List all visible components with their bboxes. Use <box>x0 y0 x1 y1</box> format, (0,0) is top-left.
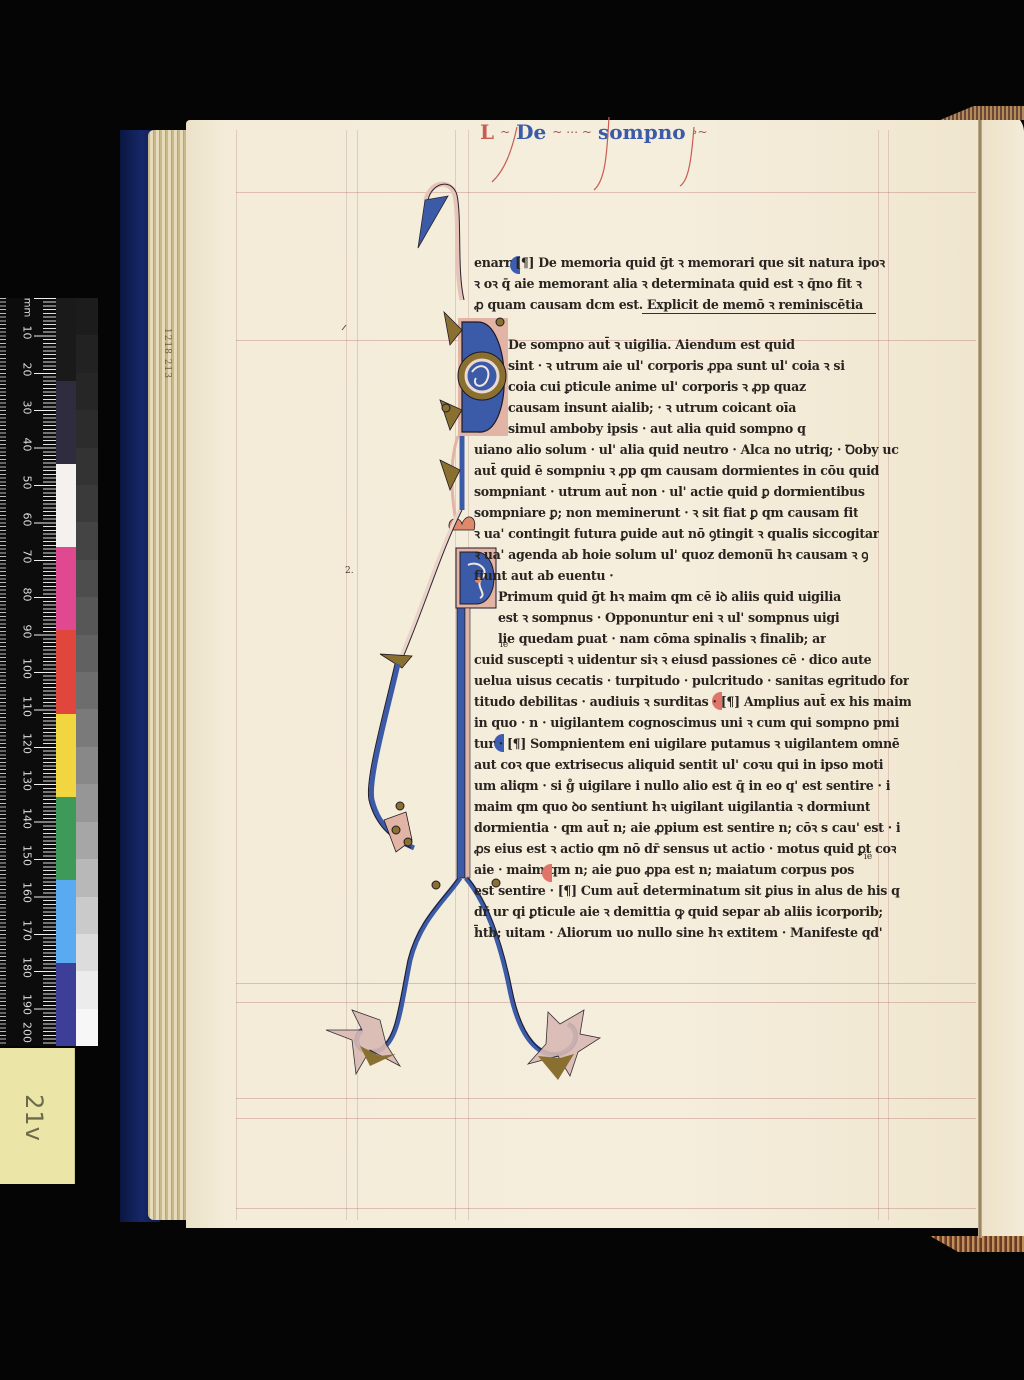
text-line: uelua uisus cecatis · turpitudo · pulcri… <box>474 670 909 691</box>
text-line: enarr [¶] De memoria quid ḡt ꝛ memorari … <box>474 252 885 273</box>
text-line: dormientia · qm aut̄ n; aie ꝓpium est se… <box>474 817 900 838</box>
text-line: uiano alio solum · ul' alia quid neutro … <box>474 439 899 460</box>
text-line: ꝛ ua' agenda ab hoie solum ul' quoz demo… <box>474 544 868 565</box>
explicit-underline <box>642 313 876 314</box>
text-line: cuid suscepti ꝛ uidentur siꝛ ꝛ eiusd pas… <box>474 649 871 670</box>
text-line: in quo · n · uigilantem cognoscimus uni … <box>474 712 899 733</box>
text-line: tur · [¶] Sompnientem eni uigilare putam… <box>474 733 900 754</box>
text-line: sompniant · utrum aut̄ non · ul' actie q… <box>474 481 865 502</box>
text-line: ꝓ quam causam dcm est. Explicit de memō … <box>474 294 863 315</box>
text-line: fiunt aut ab euentu · <box>474 565 613 586</box>
text-line: ꝓs eius est ꝛ actio qm nō dr̄ sensus ut … <box>474 838 896 859</box>
interlinear-gloss: ie <box>500 640 508 650</box>
text-line: h̄tb; uitam · Aliorum uo nullo sine hꝛ e… <box>474 922 882 943</box>
text-line: Primum quid ḡt hꝛ maim qm cē iꝺ aliis qu… <box>498 586 841 607</box>
text-line: aut coꝛ que extrisecus aliquid sentit ul… <box>474 754 883 775</box>
text-line: aie · maim qm n; aie ꝑuo ꝓpa est n; maia… <box>474 859 854 880</box>
text-line: simul amboby ipsis · aut alia quid sompn… <box>508 418 806 439</box>
text-line: maim qm quo ꝺo sentiunt hꝛ uigilant uigi… <box>474 796 870 817</box>
text-line: est ꝛ sompnus · Opponuntur eni ꝛ ul' som… <box>498 607 839 628</box>
text-line: sompniare ꝑ; non meminerunt · ꝛ sit fiat… <box>474 502 858 523</box>
text-line: lie quedam ꝑuat · nam cōma spinalis ꝛ fi… <box>498 628 826 649</box>
text-line: ꝛ oꝛ q̄ aie memorant alia ꝛ determinata … <box>474 273 862 294</box>
text-line: est sentire · [¶] Cum aut̄ determinatum … <box>474 880 900 901</box>
interlinear-gloss: ie <box>864 852 872 862</box>
text-line: sint · ꝛ utrum aie ul' corporis ꝓpa sunt… <box>508 355 845 376</box>
marginal-mark: 2. <box>345 566 354 576</box>
text-line: aut̄ quid ē sompniu ꝛ ꝓp qm causam dormi… <box>474 460 879 481</box>
text-line: De sompno aut̄ ꝛ uigilia. Aiendum est qu… <box>508 334 795 355</box>
text-line: coia cui ꝑticule anime ul' corporis ꝛ ꝓp… <box>508 376 806 397</box>
text-line: titudo debilitas · audiuis ꝛ surditas · … <box>474 691 911 712</box>
text-line: dr̄ ur qi ꝑticule aie ꝛ demittia ꝙ quid … <box>474 901 883 922</box>
text-line: ꝛ ua' contingit futura ꝑuide aut nō ꝯtin… <box>474 523 879 544</box>
text-line: causam insunt aialib; · ꝛ utrum coicant … <box>508 397 796 418</box>
text-line: um aliqm · si g̊ uigilare i nullo alio e… <box>474 775 890 796</box>
